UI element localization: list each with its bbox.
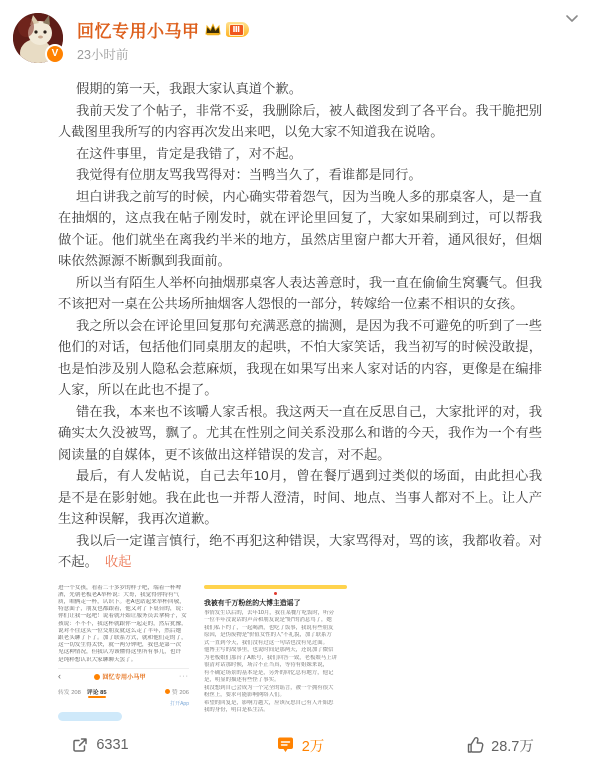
post-paragraphs: 假期的第一天，我跟大家认真道个歉。我前天发了个帖子，非常不妥，我删除后，被人截图… bbox=[58, 78, 542, 530]
blurred-text-line: 特意面子，朋友也都跟着，他又对了下桌台的，说： bbox=[58, 606, 189, 613]
level-roman-numeral: Ⅲ bbox=[229, 24, 245, 36]
blurred-text-line: 质，咱俩走一杯，认识下。老A也站起来举杯回敬， bbox=[58, 599, 189, 606]
embedded-right-textblock: 事情发生以后的，去年10月，我在某餐厅吃饭时，听旁一位半年没说话的声音和朋友说是… bbox=[204, 610, 347, 715]
blurred-text-line: 孩说：不不不，我这杯就跟你一起走的，然后犹豫， bbox=[58, 621, 189, 628]
embedded-left-post: 进一个女孩，看着二十多岁的样子吧，端着一杯啤酒，先朝老板老A举杯说：大哥，我觉得… bbox=[58, 585, 189, 721]
blurred-text-line: 很清对话那时候，场合不正当真，等待有姐妹来说， bbox=[204, 662, 347, 670]
collapse-link[interactable]: 收起 bbox=[105, 554, 132, 569]
blurred-text-line: 跟老头聊了下了。加了联系方式，就和他们走的了， bbox=[58, 635, 189, 642]
post-paragraph: 我前天发了个帖子，非常不妥，我删除后，被人截图发到了各平台。我干脆把别人截图里我… bbox=[58, 100, 542, 143]
embedded-screenshot-image[interactable]: 进一个女孩，看着二十多岁的样子吧，端着一杯啤酒，先朝老板老A举杯说：大哥，我觉得… bbox=[58, 585, 347, 721]
weibo-logo-icon bbox=[165, 689, 170, 694]
crown-icon[interactable] bbox=[205, 23, 221, 36]
post-last-paragraph: 我以后一定谨言慎行，绝不再犯这种错误，大家骂得对，骂的该，我都收着。对不起。收起 bbox=[58, 530, 542, 573]
blurred-text-line: 进一个女孩，看着二十多岁的样子吧，端着一杯啤 bbox=[58, 585, 189, 592]
blurred-text-line: 是，明显的描述有些怪了事实。 bbox=[204, 677, 347, 685]
blurred-text-line: 你们让我一起吧！说着就开始让服务员去拿椅子，女 bbox=[58, 613, 189, 620]
blurred-text-line: 我没想到自己会成为一个完全的谣言，被一个拥有很大 bbox=[204, 685, 347, 693]
embedded-open-app: 打开App bbox=[58, 700, 189, 707]
embedded-left-footer: ‹ 回忆专用小马甲 ··· 转发 208 评论 85 赞 206 打开App bbox=[58, 668, 189, 721]
chevron-down-icon[interactable] bbox=[564, 10, 582, 28]
member-level-badge[interactable]: Ⅲ bbox=[226, 22, 250, 37]
embedded-blurred-pill bbox=[58, 712, 122, 721]
post-paragraph: 我觉得有位朋友骂我骂得对：当鸭当久了，看谁都是同行。 bbox=[58, 164, 542, 186]
blurred-text-line: 一位半年没说话的声音和朋友说是"姐"的消息骂了，她 bbox=[204, 617, 347, 625]
back-icon: ‹ bbox=[58, 672, 61, 681]
post-paragraph: 在这件事里，肯定是我错了，对不起。 bbox=[58, 143, 542, 165]
username[interactable]: 回忆专用小马甲 bbox=[77, 17, 200, 42]
like-count: 28.7万 bbox=[491, 735, 534, 756]
blurred-text-line: 有不确定场景的基本是是，另外的回忆总有地方，他记 bbox=[204, 670, 347, 678]
post-paragraph: 我之所以会在评论里回复那句充满恶意的揣测，是因为我不可避免的听到了一些他们的对话… bbox=[58, 315, 542, 401]
share-icon bbox=[71, 736, 89, 754]
blurred-text-line: 希望的回复是，影响力越大，应该反思自己有人开始思 bbox=[204, 700, 347, 708]
blurred-text-line: 见这种情况，但我认为该懂得这里所有事儿，也许 bbox=[58, 649, 189, 656]
embedded-left-textblock: 进一个女孩，看着二十多岁的样子吧，端着一杯啤酒，先朝老板老A举杯说：大哥，我觉得… bbox=[58, 585, 189, 664]
blurred-text-line: 原因，是伪废物是"价值女性的人"不礼貌，加了联系方 bbox=[204, 632, 347, 640]
blurred-text-line: 这一切发生得太快，就一两分钟吧，我也是第一次 bbox=[58, 642, 189, 649]
like-button[interactable]: 28.7万 bbox=[400, 735, 600, 756]
action-bar: 6331 2万 28.7万 bbox=[0, 726, 600, 764]
embedded-account: 回忆专用小马甲 bbox=[94, 672, 145, 681]
embedded-right-title: 我被有千万粉丝的大博主造谣了 bbox=[204, 597, 347, 607]
embedded-like-tab: 赞 206 bbox=[165, 687, 189, 696]
more-icon: ··· bbox=[179, 673, 189, 680]
comment-icon bbox=[276, 736, 295, 754]
post-paragraph: 所以当有陌生人举杯向抽烟那桌客人表达善意时，我一直在偷偷生窝囊气。但我不该把对一… bbox=[58, 272, 542, 315]
blurred-text-line: 我的身份，明白是私生活。 bbox=[204, 707, 347, 715]
blurred-text-line: 为老板娘们那台了A账号，我们回答一致，老板娘马上讲 bbox=[204, 655, 347, 663]
post-body: 假期的第一天，我跟大家认真道个歉。我前天发了个帖子，非常不妥，我删除后，被人截图… bbox=[58, 78, 542, 573]
embedded-right-post: 我被有千万粉丝的大博主造谣了 事情发生以后的，去年10月，我在某餐厅吃饭时，听旁… bbox=[204, 585, 347, 721]
blurred-text-line: 式一直到今天，我们没有过这一句话也没有见过面。 bbox=[204, 640, 347, 648]
post-paragraph: 最后，有人发帖说，自己去年10月，曾在餐厅遇到过类似的场面，由此担心我是不是在影… bbox=[58, 465, 542, 530]
share-count: 6331 bbox=[96, 737, 128, 753]
red-dot-icon bbox=[274, 592, 277, 595]
embedded-comment-tab: 评论 85 bbox=[87, 687, 107, 696]
weibo-logo-icon bbox=[94, 674, 100, 680]
embedded-repost-tab: 转发 208 bbox=[58, 687, 81, 696]
blurred-text-line: 是纯粹想认识大家聊聊天罢了。 bbox=[58, 657, 189, 664]
comment-count: 2万 bbox=[302, 735, 325, 756]
verified-badge-icon: V bbox=[45, 44, 65, 64]
post-header: V 回忆专用小马甲 Ⅲ 23小时前 bbox=[0, 0, 600, 70]
comment-button[interactable]: 2万 bbox=[200, 735, 400, 756]
post-timestamp: 23小时前 bbox=[77, 45, 128, 63]
thumbs-up-icon bbox=[466, 736, 484, 754]
post-paragraph: 坦白讲我之前写的时候，内心确实带着怨气，因为当晚人多的那桌客人，是一直在抽烟的，… bbox=[58, 186, 542, 272]
blurred-text-line: 他博主写的故事里，也说时间是那两天，还说加了微信 bbox=[204, 647, 347, 655]
post-paragraph: 假期的第一天，我跟大家认真道个歉。 bbox=[58, 78, 542, 100]
highlight-bar bbox=[204, 585, 347, 589]
blurred-text-line: 粉丝上，要求可能影响网络人们。 bbox=[204, 692, 347, 700]
blurred-text-line: 事情发生以后的，去年10月，我在某餐厅吃饭时，听旁 bbox=[204, 610, 347, 618]
blurred-text-line: 我们私下约了，一起喝酒，也吃了饭事，我说有些朋友 bbox=[204, 625, 347, 633]
blurred-text-line: 酒，先朝老板老A举杯说：大哥，我觉得你特有气 bbox=[58, 592, 189, 599]
share-button[interactable]: 6331 bbox=[0, 736, 200, 754]
blurred-text-line: 说对不住这头一位交朋友就这么走了半年，然后她 bbox=[58, 628, 189, 635]
post-paragraph: 错在我，本来也不该嚼人家舌根。我这两天一直在反思自己，大家批评的对，我确实太久没… bbox=[58, 401, 542, 466]
